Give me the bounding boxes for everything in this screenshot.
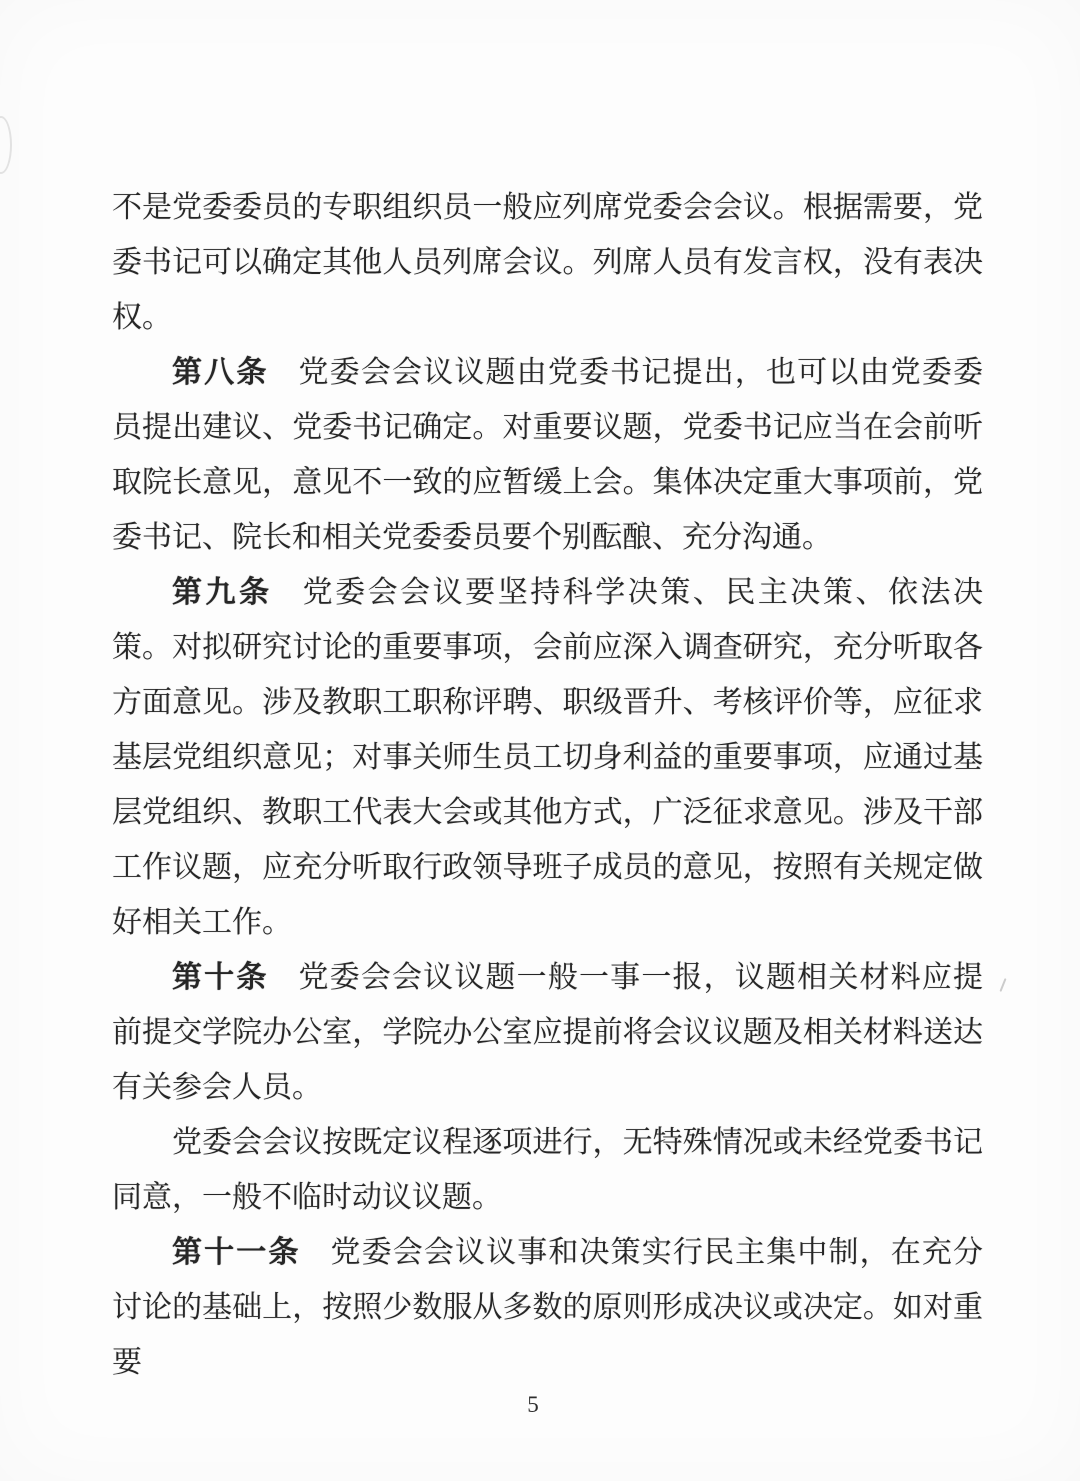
article-11-lead: 第十一条 xyxy=(172,1236,301,1269)
article-9-lead: 第九条 xyxy=(172,576,273,609)
paragraph-continuation: 不是党委委员的专职组织员一般应列席党委会会议。根据需要，党委书记可以确定其他人员… xyxy=(112,180,983,345)
scan-artifact-tick xyxy=(999,978,1006,992)
paragraph-text: 党委会会议按既定议程逐项进行，无特殊情况或未经党委书记同意，一般不临时动议议题。 xyxy=(112,1126,983,1214)
paragraph-article-9: 第九条党委会会议要坚持科学决策、民主决策、依法决策。对拟研究讨论的重要事项，会前… xyxy=(112,565,983,950)
paragraph-text: 不是党委委员的专职组织员一般应列席党委会会议。根据需要，党委书记可以确定其他人员… xyxy=(112,191,983,334)
document-body: 不是党委委员的专职组织员一般应列席党委会会议。根据需要，党委书记可以确定其他人员… xyxy=(112,180,983,1390)
paragraph-article-8: 第八条党委会会议议题由党委书记提出，也可以由党委委员提出建议、党委书记确定。对重… xyxy=(112,345,983,565)
page-number: 5 xyxy=(0,1392,1066,1418)
paragraph-article-11: 第十一条党委会会议议事和决策实行民主集中制，在充分讨论的基础上，按照少数服从多数… xyxy=(112,1225,983,1390)
paragraph-article-10-sub: 党委会会议按既定议程逐项进行，无特殊情况或未经党委书记同意，一般不临时动议议题。 xyxy=(112,1115,983,1225)
scanned-document-page: 不是党委委员的专职组织员一般应列席党委会会议。根据需要，党委书记可以确定其他人员… xyxy=(0,0,1080,1481)
paragraph-article-10: 第十条党委会会议议题一般一事一报，议题相关材料应提前提交学院办公室，学院办公室应… xyxy=(112,950,983,1115)
article-8-lead: 第八条 xyxy=(172,356,269,389)
scan-artifact-arc xyxy=(0,116,12,174)
article-10-lead: 第十条 xyxy=(172,961,269,994)
paragraph-text: 党委会会议要坚持科学决策、民主决策、依法决策。对拟研究讨论的重要事项，会前应深入… xyxy=(112,576,983,939)
